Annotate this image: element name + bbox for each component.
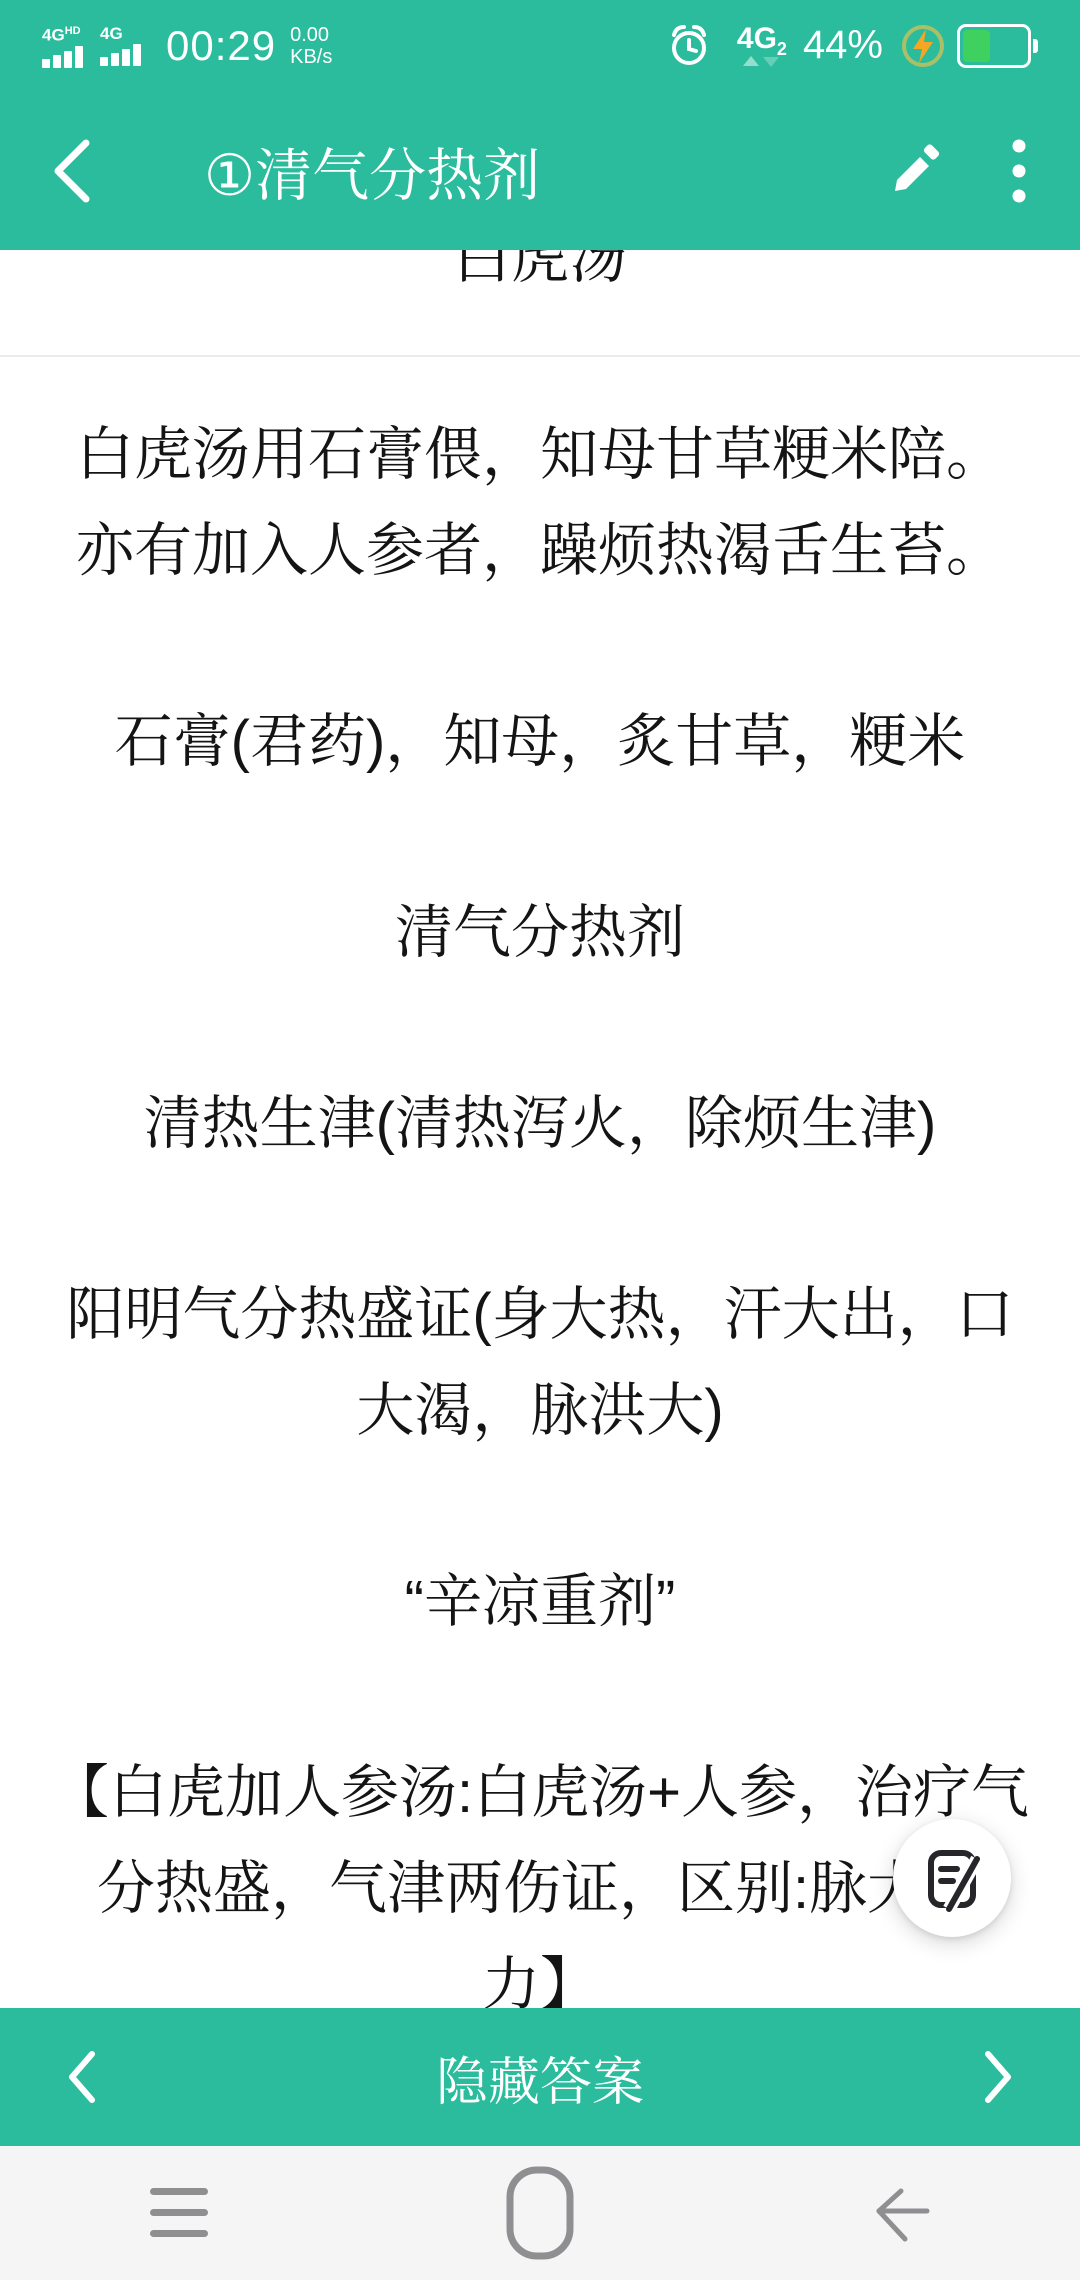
signal-bars-icon bbox=[42, 46, 86, 68]
network-speed: 0.00 KB/s bbox=[290, 24, 332, 68]
signal-indicator-sim1: 4GHD bbox=[42, 23, 86, 68]
paragraph: 石膏(君药)，知母，炙甘草，粳米 bbox=[0, 694, 1080, 790]
status-bar-left: 4GHD 4G 00:29 0.00 KB/s bbox=[42, 22, 332, 70]
content-line: 清气分热剂 bbox=[0, 885, 1080, 981]
content-line: 力】 bbox=[0, 1937, 1080, 2008]
pencil-icon bbox=[882, 140, 944, 202]
hd-badge: HD bbox=[65, 25, 81, 37]
menu-lines-icon bbox=[150, 2186, 210, 2240]
chevron-left-icon bbox=[66, 2050, 96, 2104]
more-options-button[interactable] bbox=[1012, 138, 1026, 204]
previous-card-button[interactable] bbox=[66, 2050, 96, 2104]
network-label-text: 4G bbox=[100, 24, 123, 43]
network-label-text: 4G bbox=[42, 26, 65, 45]
home-squircle-icon bbox=[506, 2166, 574, 2260]
content-line: 阳明气分热盛证(身大热，汗大出，口 bbox=[0, 1267, 1080, 1363]
content-line: 亦有加入人参者，躁烦热渴舌生苔。 bbox=[0, 503, 1080, 599]
content-line: 清热生津(清热泻火，除烦生津) bbox=[0, 1076, 1080, 1172]
note-edit-icon bbox=[919, 1843, 985, 1913]
network-speed-unit: KB/s bbox=[290, 46, 332, 68]
content-line: 石膏(君药)，知母，炙甘草，粳米 bbox=[0, 694, 1080, 790]
recents-button[interactable] bbox=[0, 2146, 360, 2280]
system-navigation-bar bbox=[0, 2146, 1080, 2280]
next-card-button[interactable] bbox=[984, 2050, 1014, 2104]
divider bbox=[0, 355, 1080, 357]
paragraph: 清气分热剂 bbox=[0, 885, 1080, 981]
page-title: ①清气分热剂 bbox=[204, 130, 540, 212]
edit-button[interactable] bbox=[882, 140, 944, 202]
content-line: 白虎汤用石膏偎，知母甘草粳米陪。 bbox=[0, 407, 1080, 503]
home-button[interactable] bbox=[360, 2146, 720, 2280]
answer-action-bar: 隐藏答案 bbox=[0, 2008, 1080, 2146]
vertical-dots-icon bbox=[1012, 138, 1026, 204]
content-line: 大渴，脉洪大) bbox=[0, 1363, 1080, 1459]
paragraph: 阳明气分热盛证(身大热，汗大出，口大渴，脉洪大) bbox=[0, 1267, 1080, 1459]
back-nav-button[interactable] bbox=[720, 2146, 1080, 2280]
battery-percent-label: 44% bbox=[803, 23, 883, 68]
content-line: 【白虎加人参汤:白虎汤+人参，治疗气 bbox=[0, 1745, 1080, 1841]
status-time: 00:29 bbox=[166, 22, 276, 70]
card-heading: 白虎汤 bbox=[0, 250, 1080, 306]
network-label-sim2: 4G bbox=[100, 25, 123, 42]
content-paragraphs: 白虎汤用石膏偎，知母甘草粳米陪。亦有加入人参者，躁烦热渴舌生苔。石膏(君药)，知… bbox=[0, 407, 1080, 2008]
back-button[interactable] bbox=[40, 138, 122, 204]
network-type-indicator: 4G2 bbox=[737, 22, 787, 60]
battery-fill bbox=[963, 30, 990, 62]
status-bar: 4GHD 4G 00:29 0.00 KB/s 4G2 bbox=[0, 0, 1080, 91]
network-label-sim1: 4GHD bbox=[42, 23, 81, 44]
paragraph: 白虎汤用石膏偎，知母甘草粳米陪。亦有加入人参者，躁烦热渴舌生苔。 bbox=[0, 407, 1080, 599]
signal-bars-icon bbox=[100, 44, 144, 66]
battery-icon bbox=[957, 24, 1038, 68]
note-edit-fab[interactable] bbox=[893, 1819, 1011, 1937]
data-activity-arrows-icon bbox=[743, 56, 779, 67]
phone-screen: 4GHD 4G 00:29 0.00 KB/s 4G2 bbox=[0, 0, 1080, 2280]
content-area[interactable]: 白虎汤 白虎汤用石膏偎，知母甘草粳米陪。亦有加入人参者，躁烦热渴舌生苔。石膏(君… bbox=[0, 250, 1080, 2008]
chevron-right-icon bbox=[984, 2050, 1014, 2104]
paragraph: 清热生津(清热泻火，除烦生津) bbox=[0, 1076, 1080, 1172]
back-chevron-icon bbox=[50, 138, 92, 204]
content-line: “辛凉重剂” bbox=[0, 1554, 1080, 1650]
paragraph: “辛凉重剂” bbox=[0, 1554, 1080, 1650]
status-bar-right: 4G2 44% bbox=[667, 22, 1038, 70]
network-speed-value: 0.00 bbox=[290, 24, 332, 46]
back-arrow-icon bbox=[867, 2183, 933, 2243]
signal-indicator-sim2: 4G bbox=[100, 25, 144, 66]
charging-bolt-icon bbox=[899, 22, 947, 70]
alarm-clock-icon bbox=[667, 23, 711, 69]
hide-answer-button[interactable]: 隐藏答案 bbox=[430, 2039, 650, 2116]
network-type-text: 4G bbox=[737, 22, 777, 55]
nav-bar: ①清气分热剂 bbox=[0, 91, 1080, 250]
